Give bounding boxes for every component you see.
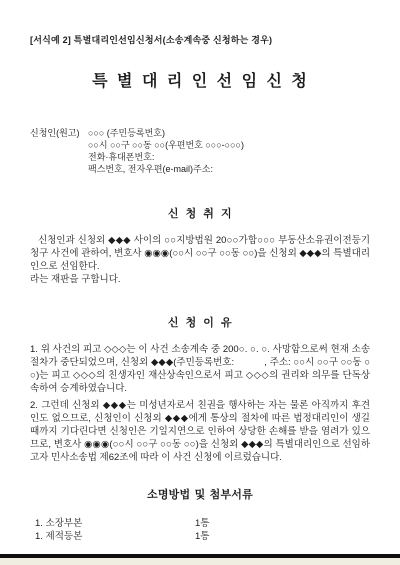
- applicant-label: 신청인(원고): [30, 127, 88, 175]
- attachment-count: 1통: [195, 530, 209, 543]
- form-label: [서식예 2] 특별대리인선임신청서(소송계속중 신청하는 경우): [30, 33, 370, 46]
- purpose-paragraph: 신청인과 신청외 ◆◆◆ 사이의 ○○지방법원 20○○가합○○○ 부동산소유권…: [30, 234, 370, 273]
- applicant-name-line: ○○○ (주민등록번호): [88, 127, 370, 139]
- section-heading-attachments: 소명방법 및 첨부서류: [30, 486, 370, 502]
- document-content: [서식예 2] 특별대리인선임신청서(소송계속중 신청하는 경우) 특 별 대 …: [0, 0, 400, 543]
- reason-paragraph-2: 2. 그런데 신청외 ◆◆◆는 미성년자로서 친권을 행사하는 자는 물론 아직…: [30, 399, 370, 464]
- attachment-item: 1. 소장부본 1통: [30, 517, 370, 530]
- attachment-name: 1. 소장부본: [35, 517, 195, 530]
- applicant-fax-email-line: 팩스번호, 전자우편(e-mail)주소:: [88, 163, 370, 175]
- purpose-closing: 라는 재판을 구합니다.: [30, 273, 370, 286]
- reason-paragraph-1: 1. 위 사건의 피고 ◇◇◇는 이 사건 소송계속 중 200○. ○. ○.…: [30, 343, 370, 395]
- applicant-details: ○○○ (주민등록번호) ○○시 ○○구 ○○동 ○○(우편번호 ○○○-○○○…: [88, 127, 370, 175]
- applicant-block: 신청인(원고) ○○○ (주민등록번호) ○○시 ○○구 ○○동 ○○(우편번호…: [30, 127, 370, 175]
- attachment-item: 1. 제적등본 1통: [30, 530, 370, 543]
- attachment-count: 1통: [195, 517, 209, 530]
- section-heading-purpose: 신 청 취 지: [30, 205, 370, 221]
- attachment-name: 1. 제적등본: [35, 530, 195, 543]
- page-title: 특 별 대 리 인 선 임 신 청: [30, 68, 370, 91]
- bottom-edge-strip: [0, 558, 400, 565]
- attachment-list: 1. 소장부본 1통 1. 제적등본 1통: [30, 517, 370, 543]
- section-heading-reasons: 신 청 이 유: [30, 314, 370, 330]
- applicant-phone-line: 전화·휴대폰번호:: [88, 151, 370, 163]
- document-page: [서식예 2] 특별대리인선임신청서(소송계속중 신청하는 경우) 특 별 대 …: [0, 0, 400, 565]
- applicant-address-line: ○○시 ○○구 ○○동 ○○(우편번호 ○○○-○○○): [88, 139, 370, 151]
